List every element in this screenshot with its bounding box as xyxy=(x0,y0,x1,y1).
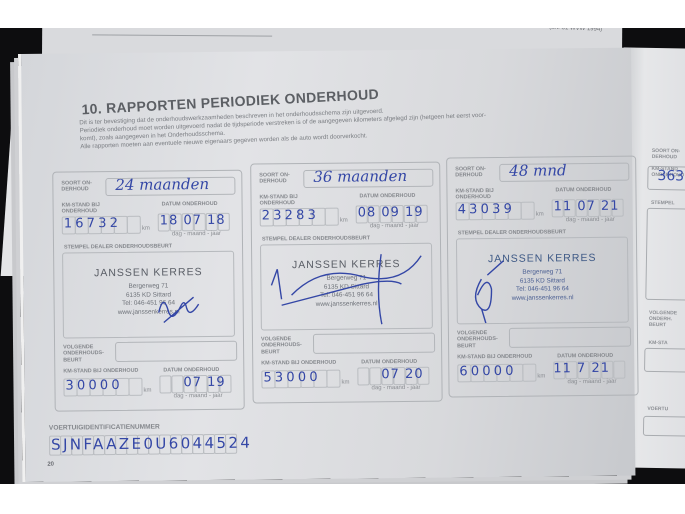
volgende-label: VOLGENDE ONDERHOUDS- BEURT xyxy=(63,344,104,364)
next-km-label: KM-STAND BIJ ONDERHOUD xyxy=(457,354,532,361)
volgende-field xyxy=(509,327,631,348)
next-datum-value: 07 20 xyxy=(381,367,423,382)
volgende-field xyxy=(115,341,237,362)
next-date-digit-cell xyxy=(159,375,171,393)
km-unit: km xyxy=(142,226,150,232)
facing-stamp-box xyxy=(645,208,685,301)
back-sheet-fineprint: (art. 81 WVW 1994) xyxy=(549,28,602,33)
next-datum-label: DATUM ONDERHOUD xyxy=(361,359,417,366)
facing-soort-label: SOORT ON-DERHOUD xyxy=(652,148,681,160)
km-stand-label: KM-STAND BIJ ONDERHOUD xyxy=(259,194,297,207)
datum-value: 11 07 21 xyxy=(554,199,620,215)
volgende-label: VOLGENDE ONDERHOUDS- BEURT xyxy=(261,336,302,356)
km-digit-cell xyxy=(521,202,535,220)
facing-km2-label: KM-STA xyxy=(648,340,667,346)
next-km-value: 60000 xyxy=(459,364,517,380)
next-datum-label: DATUM ONDERHOUD xyxy=(163,367,219,374)
next-datum-label: DATUM ONDERHOUD xyxy=(557,353,613,360)
km-stand-label: KM-STAND BIJ ONDERHOUD xyxy=(62,202,100,215)
date-format-hint: dag - maand - jaar xyxy=(172,231,221,238)
next-datum-value: 07 19 xyxy=(183,375,225,390)
date-format-hint: dag - maand - jaar xyxy=(371,385,420,392)
next-km-digit-cell xyxy=(522,364,536,382)
date-format-hint: dag - maand - jaar xyxy=(567,379,616,386)
facing-vin-box xyxy=(643,416,685,437)
maintenance-record-card: SOORT ON- DERHOUD 48 mnd KM-STAND BIJ ON… xyxy=(446,156,639,398)
soort-label: SOORT ON- DERHOUD xyxy=(455,166,486,179)
date-format-hint: dag - maand - jaar xyxy=(174,393,223,400)
datum-label: DATUM ONDERHOUD xyxy=(555,187,611,194)
soort-value: 48 mnd xyxy=(509,161,567,180)
maintenance-record-card: SOORT ON- DERHOUD 36 maanden KM-STAND BI… xyxy=(250,162,443,404)
next-date-digit-cell xyxy=(369,367,381,385)
km-stand-value: 43039 xyxy=(458,202,516,218)
km-unit: km xyxy=(341,380,349,386)
booklet-page: 10. RAPPORTEN PERIODIEK ONDERHOUD Dit is… xyxy=(18,48,635,482)
date-format-hint: dag - maand - jaar xyxy=(370,223,419,230)
signature-icon xyxy=(261,244,432,330)
km-digit-cell xyxy=(325,208,339,226)
km-unit: km xyxy=(144,388,152,394)
maintenance-record-card: SOORT ON- DERHOUD 24 maanden KM-STAND BI… xyxy=(52,170,245,412)
km-unit: km xyxy=(536,212,544,218)
stempel-label: STEMPEL DEALER ONDERHOUDSBEURT xyxy=(262,235,370,243)
dealer-stamp: JANSSEN KERRES Bergerweg 71 6135 KD Sitt… xyxy=(62,251,235,339)
facing-km-box xyxy=(647,166,685,191)
next-km-digit-cell xyxy=(128,378,142,396)
stempel-label: STEMPEL DEALER ONDERHOUDSBEURT xyxy=(458,229,566,237)
next-km-value: 30000 xyxy=(65,378,123,394)
km-unit: km xyxy=(537,373,545,379)
facing-volgende-label: VOLGENDEONDERH.BEURT xyxy=(649,310,677,328)
facing-stempel-label: STEMPEL xyxy=(651,200,675,206)
next-date-digit-cell xyxy=(171,375,183,393)
signature-icon xyxy=(63,252,234,338)
next-km-value: 53000 xyxy=(263,370,321,386)
soort-label: SOORT ON- DERHOUD xyxy=(61,180,92,193)
km-unit: km xyxy=(340,218,348,224)
facing-vin-label: VOERTU xyxy=(647,406,668,412)
next-date-digit-cell xyxy=(613,361,625,379)
facing-km2-box xyxy=(644,348,685,373)
next-km-label: KM-STAND BIJ ONDERHOUD xyxy=(63,368,138,375)
vin-value: SJNFAAZE0U6044524 xyxy=(51,434,252,454)
datum-label: DATUM ONDERHOUD xyxy=(359,193,415,200)
dealer-stamp: JANSSEN KERRES Bergerweg 71 6135 KD Sitt… xyxy=(456,237,629,325)
vin-label: VOERTUIGIDENTIFICATIENUMMER xyxy=(49,425,160,433)
volgende-label: VOLGENDE ONDERHOUDS- BEURT xyxy=(457,330,498,350)
photo-frame: (art. 81 WVW 1994) SOORT ON-DERHOUD KM-S… xyxy=(0,28,685,484)
next-date-digit-cell xyxy=(357,367,369,385)
next-km-digit-cell xyxy=(326,370,340,388)
dealer-stamp: JANSSEN KERRES Bergerweg 71 6135 KD Sitt… xyxy=(260,243,433,331)
signature-icon xyxy=(457,238,628,324)
next-km-label: KM-STAND BIJ ONDERHOUD xyxy=(261,360,336,367)
stempel-label: STEMPEL DEALER ONDERHOUDSBEURT xyxy=(64,243,172,251)
page-number: 20 xyxy=(47,462,54,468)
soort-value: 24 maanden xyxy=(115,175,209,194)
datum-value: 18 07 18 xyxy=(160,213,226,229)
soort-value: 36 maanden xyxy=(313,167,407,186)
km-digit-cell xyxy=(127,216,141,234)
next-datum-value: 11 7 21 xyxy=(553,361,610,377)
date-format-hint: dag - maand - jaar xyxy=(566,217,615,224)
soort-label: SOORT ON- DERHOUD xyxy=(259,172,290,185)
km-stand-label: KM-STAND BIJ ONDERHOUD xyxy=(455,188,493,201)
datum-label: DATUM ONDERHOUD xyxy=(162,201,218,208)
volgende-field xyxy=(313,333,435,354)
km-stand-value: 23283 xyxy=(262,208,320,224)
km-stand-value: 16732 xyxy=(64,216,122,232)
datum-value: 08 09 19 xyxy=(358,205,424,221)
back-sheet-rule xyxy=(92,34,272,36)
